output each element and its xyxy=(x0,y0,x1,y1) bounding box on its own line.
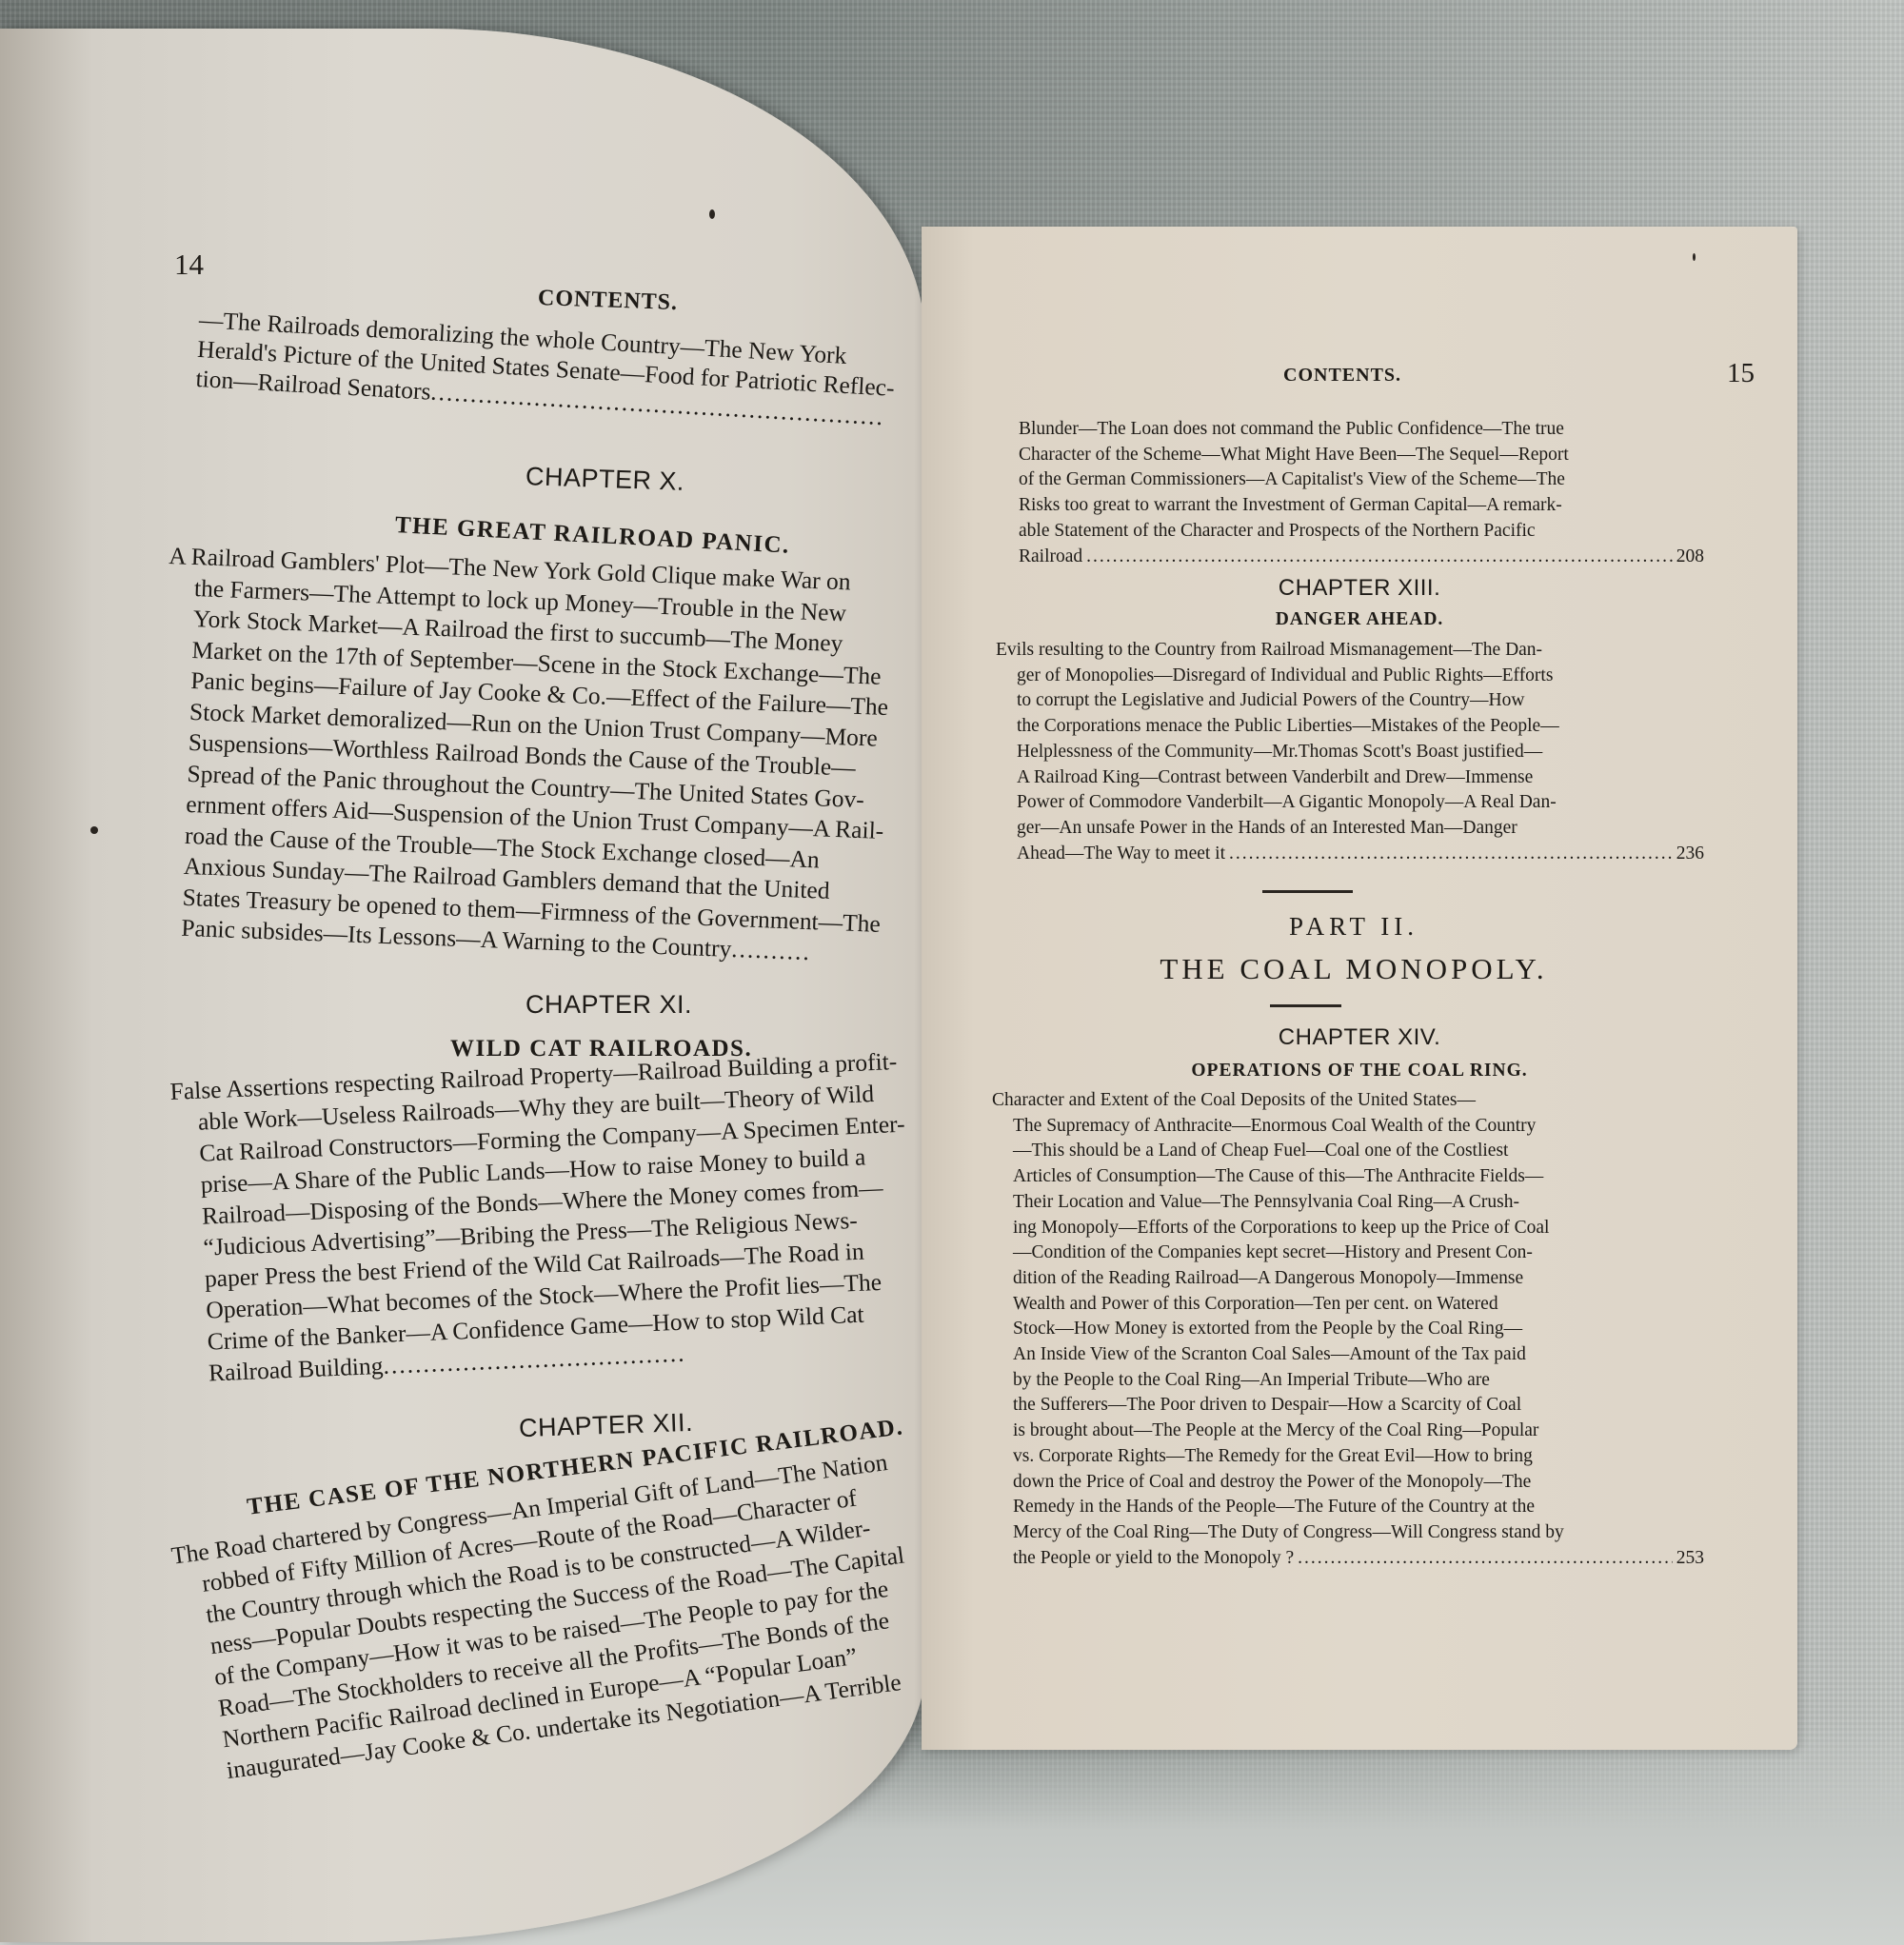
toc-line: Risks too great to warrant the Investmen… xyxy=(1019,493,1685,519)
toc-entry-chapter-xi: False Assertions respecting Railroad Pro… xyxy=(169,1045,915,1390)
left-page: 14 CONTENTS. —The Railroads demoralizing… xyxy=(0,29,925,1942)
toc-line-last: Ahead—The Way to meet it................… xyxy=(996,842,1704,867)
running-head-left: CONTENTS. xyxy=(538,286,679,316)
toc-line: Their Location and Value—The Pennsylvani… xyxy=(992,1190,1658,1216)
chapter-heading: CHAPTER XII. xyxy=(519,1408,694,1443)
toc-line: to corrupt the Legislative and Judicial … xyxy=(996,688,1662,714)
ink-speck xyxy=(709,209,715,219)
toc-line: ger of Monopolies—Disregard of Individua… xyxy=(996,664,1662,689)
leader-dots: .......... xyxy=(731,935,812,965)
page-ref: 236 xyxy=(1676,842,1704,867)
ink-speck xyxy=(90,826,98,834)
toc-line: An Inside View of the Scranton Coal Sale… xyxy=(992,1342,1658,1368)
part-label: PART II. xyxy=(916,912,1792,942)
leader-dots: ........................................… xyxy=(1086,545,1673,570)
toc-entry-continuation-right: Blunder—The Loan does not command the Pu… xyxy=(1019,417,1685,569)
toc-entry-continuation-left: —The Railroads demoralizing the whole Co… xyxy=(195,305,897,432)
toc-line: vs. Corporate Rights—The Remedy for the … xyxy=(992,1444,1658,1470)
chapter-title: OPERATIONS OF THE COAL RING. xyxy=(922,1061,1797,1082)
toc-entry-chapter-x: A Railroad Gamblers' Plot—The New York G… xyxy=(154,541,894,970)
toc-line: Wealth and Power of this Corporation—Ten… xyxy=(992,1292,1658,1318)
toc-line: down the Price of Coal and destroy the P… xyxy=(992,1470,1658,1496)
ink-speck xyxy=(1693,253,1696,261)
toc-entry-chapter-xiii: Evils resulting to the Country from Rail… xyxy=(996,638,1662,866)
toc-line: Blunder—The Loan does not command the Pu… xyxy=(1019,417,1685,443)
chapter-heading: CHAPTER XIII. xyxy=(922,575,1797,602)
page-ref: 208 xyxy=(1676,545,1704,570)
toc-line: —Condition of the Companies kept secret—… xyxy=(992,1240,1658,1266)
toc-line: —This should be a Land of Cheap Fuel—Coa… xyxy=(992,1139,1658,1164)
toc-entry-chapter-xiv: Character and Extent of the Coal Deposit… xyxy=(992,1088,1658,1571)
toc-line: Articles of Consumption—The Cause of thi… xyxy=(992,1164,1658,1190)
toc-line: Character of the Scheme—What Might Have … xyxy=(1019,443,1685,468)
toc-line: The Supremacy of Anthracite—Enormous Coa… xyxy=(992,1114,1658,1140)
toc-line: A Railroad King—Contrast between Vanderb… xyxy=(996,765,1662,791)
divider-rule xyxy=(1262,890,1353,893)
toc-line: Helplessness of the Community—Mr.Thomas … xyxy=(996,740,1662,765)
toc-line: Evils resulting to the Country from Rail… xyxy=(996,638,1662,664)
toc-line-last: the People or yield to the Monopoly ?...… xyxy=(992,1546,1704,1572)
page-number-left: 14 xyxy=(174,248,204,282)
chapter-title: DANGER AHEAD. xyxy=(922,609,1797,630)
toc-line: Stock—How Money is extorted from the Peo… xyxy=(992,1317,1658,1342)
toc-line: by the People to the Coal Ring—An Imperi… xyxy=(992,1368,1658,1394)
toc-line-text: Railroad Building xyxy=(208,1352,384,1387)
leader-dots: ........................................… xyxy=(1229,842,1673,867)
toc-line-text: the People or yield to the Monopoly ? xyxy=(1013,1546,1294,1572)
toc-line: is brought about—The People at the Mercy… xyxy=(992,1419,1658,1444)
toc-line-text: Ahead—The Way to meet it xyxy=(1017,842,1225,867)
toc-line: the Sufferers—The Poor driven to Despair… xyxy=(992,1393,1658,1419)
toc-line: ing Monopoly—Efforts of the Corporations… xyxy=(992,1216,1658,1241)
page-number-right: 15 xyxy=(1727,358,1755,389)
chapter-heading: CHAPTER XIV. xyxy=(922,1024,1797,1051)
toc-line: Remedy in the Hands of the People—The Fu… xyxy=(992,1495,1658,1520)
page-ref: 253 xyxy=(1676,1546,1704,1572)
chapter-heading: CHAPTER X. xyxy=(526,462,685,497)
toc-line: Power of Commodore Vanderbilt—A Gigantic… xyxy=(996,790,1662,816)
part-title: THE COAL MONOPOLY. xyxy=(916,952,1792,986)
toc-line: the Corporations menace the Public Liber… xyxy=(996,714,1662,740)
toc-line: Mercy of the Coal Ring—The Duty of Congr… xyxy=(992,1520,1658,1546)
divider-rule xyxy=(1270,1004,1341,1007)
toc-line: Character and Extent of the Coal Deposit… xyxy=(992,1088,1658,1114)
right-page: CONTENTS. 15 Blunder—The Loan does not c… xyxy=(922,227,1797,1750)
leader-dots: ........................................… xyxy=(1298,1546,1673,1572)
toc-line: dition of the Reading Railroad—A Dangero… xyxy=(992,1266,1658,1292)
toc-line: ger—An unsafe Power in the Hands of an I… xyxy=(996,816,1662,842)
toc-line-last: Railroad................................… xyxy=(1019,545,1704,570)
running-head-right: CONTENTS. xyxy=(1283,365,1401,387)
toc-line-text: Railroad xyxy=(1019,545,1082,570)
toc-line: able Statement of the Character and Pros… xyxy=(1019,519,1685,545)
chapter-heading: CHAPTER XI. xyxy=(526,990,692,1020)
toc-line: of the German Commissioners—A Capitalist… xyxy=(1019,467,1685,493)
